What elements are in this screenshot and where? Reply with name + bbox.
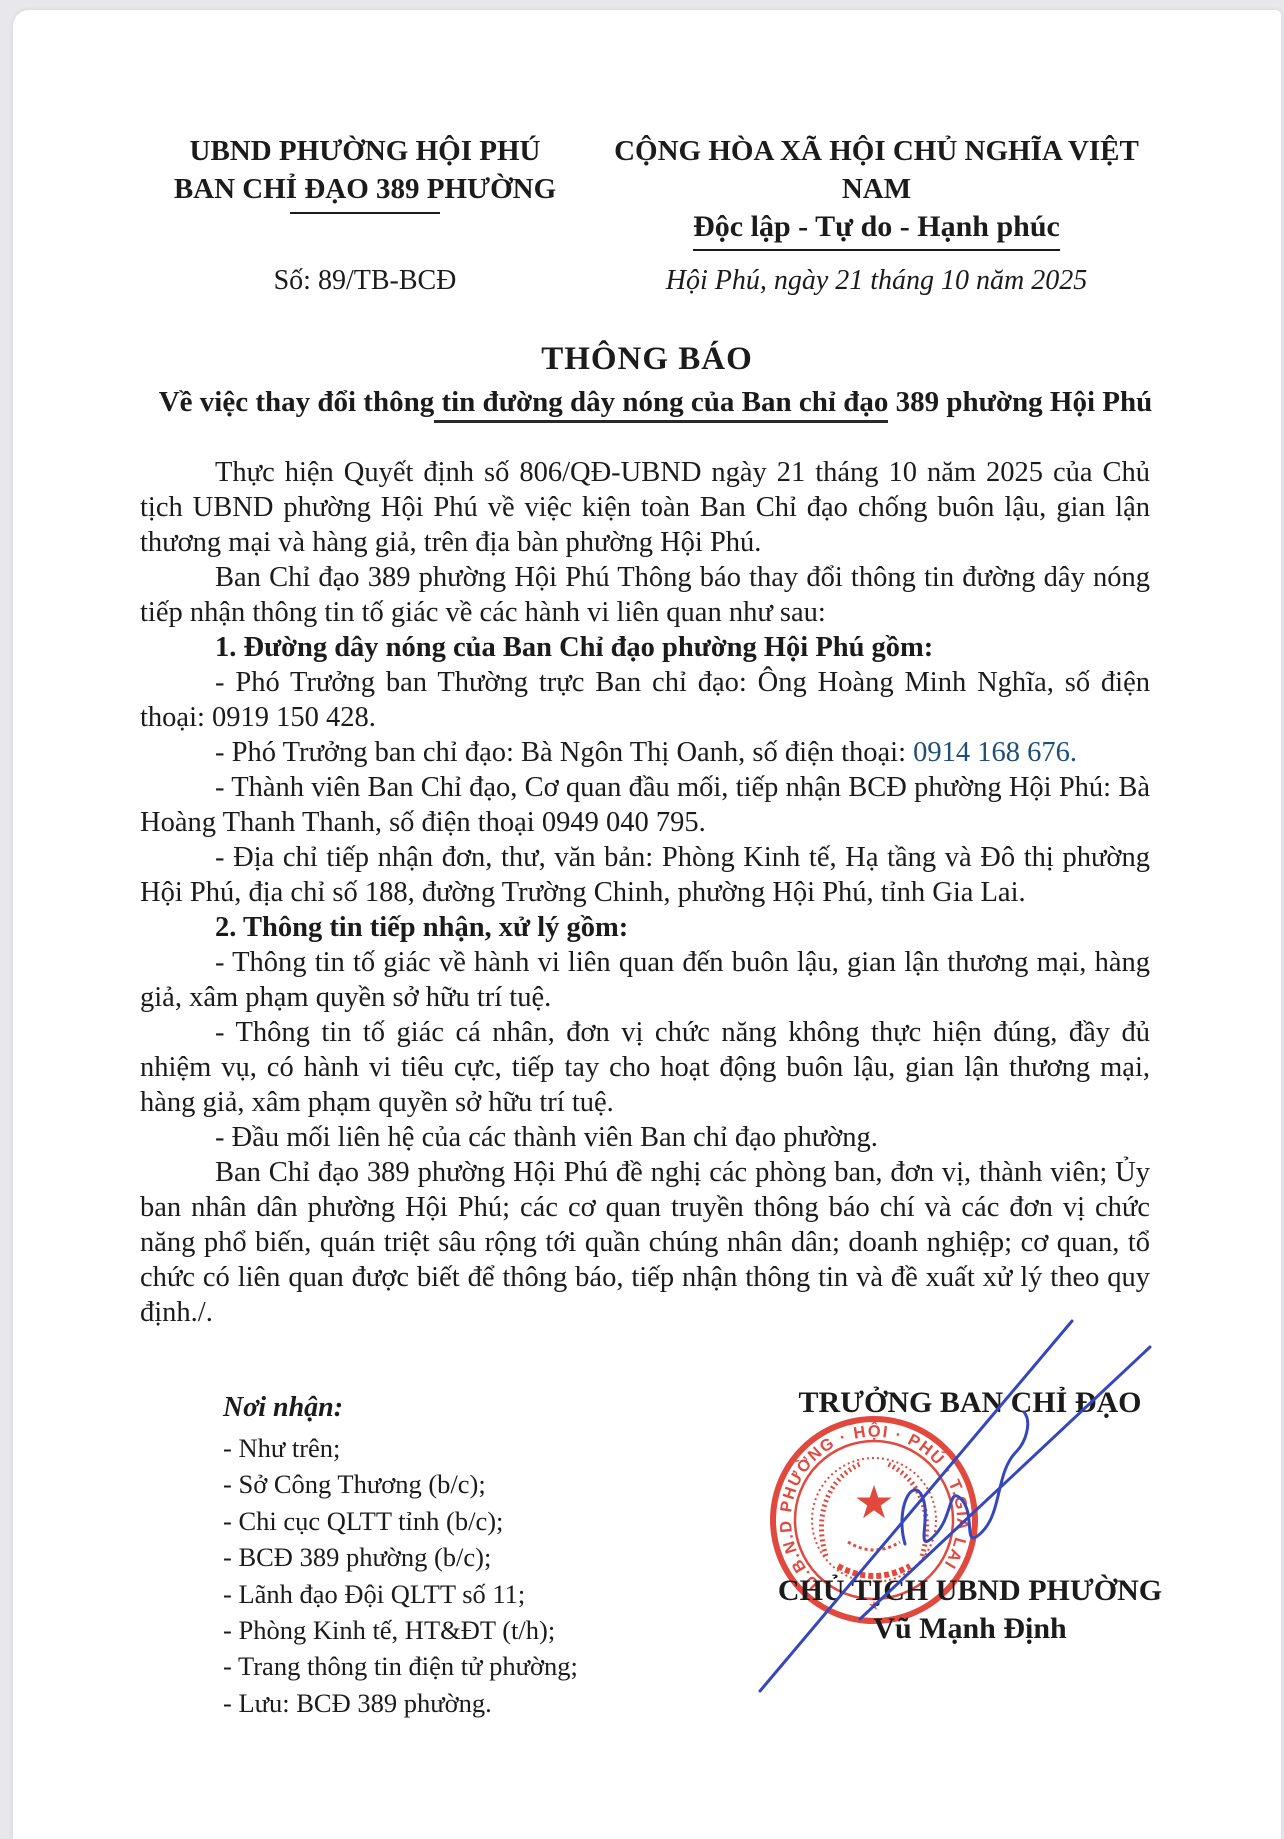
section-heading: 1. Đường dây nóng của Ban Chỉ đạo phường…	[140, 630, 1150, 665]
document-title: THÔNG BÁO	[13, 341, 1281, 378]
signer-role-bottom: CHỦ TỊCH UBND PHƯỜNG	[710, 1572, 1230, 1610]
recipients-list: - Như trên;- Sở Công Thương (b/c);- Chi …	[223, 1430, 578, 1721]
body-paragraph: - Thông tin tố giác về hành vi liên quan…	[140, 945, 1150, 1015]
document-sheet: UBND PHƯỜNG HỘI PHÚ BAN CHỈ ĐẠO 389 PHƯỜ…	[13, 10, 1281, 1839]
subtitle-post: 389 phường Hội Phú	[888, 386, 1152, 418]
body-paragraph: - Phó Trưởng ban Thường trực Ban chỉ đạo…	[140, 665, 1150, 735]
phone-number-link[interactable]: 0914 168 676.	[913, 737, 1077, 768]
org-name-line2: BAN CHỈ ĐẠO 389 PHƯỜNG	[140, 170, 590, 208]
subtitle-pre: Về việc thay đổi thông	[159, 386, 435, 418]
org-name-line1: UBND PHƯỜNG HỘI PHÚ	[140, 132, 590, 170]
body-paragraph: Thực hiện Quyết định số 806/QĐ-UBND ngày…	[140, 455, 1150, 560]
document-header: UBND PHƯỜNG HỘI PHÚ BAN CHỈ ĐẠO 389 PHƯỜ…	[13, 10, 1281, 251]
issuing-org-block: UBND PHƯỜNG HỘI PHÚ BAN CHỈ ĐẠO 389 PHƯỜ…	[140, 132, 590, 251]
signer-role-top: TRƯỞNG BAN CHỈ ĐẠO	[710, 1386, 1230, 1420]
recipient-item: - Sở Công Thương (b/c);	[223, 1466, 578, 1502]
recipient-item: - Trang thông tin điện tử phường;	[223, 1648, 578, 1684]
org-underline	[290, 212, 440, 214]
body-paragraph: - Phó Trưởng ban chỉ đạo: Bà Ngôn Thị Oa…	[140, 735, 1150, 770]
recipient-item: - Chi cục QLTT tỉnh (b/c);	[223, 1503, 578, 1539]
signer-name: Vũ Mạnh Định	[710, 1610, 1230, 1648]
signature-block: TRƯỞNG BAN CHỈ ĐẠO CHỦ TỊCH UBND PHƯỜNG …	[710, 1386, 1230, 1420]
country-name-line: CỘNG HÒA XÃ HỘI CHỦ NGHĨA VIỆT NAM	[590, 132, 1163, 208]
document-subtitle: Về việc thay đổi thông tin đường dây nón…	[140, 386, 1171, 419]
subtitle-underlined: tin đường dây nóng của Ban chỉ đạo	[434, 386, 888, 423]
document-body: Thực hiện Quyết định số 806/QĐ-UBND ngày…	[140, 455, 1150, 1330]
header-subrow: Số: 89/TB-BCĐ Hội Phú, ngày 21 tháng 10 …	[13, 251, 1281, 297]
body-paragraph: - Thông tin tố giác cá nhân, đơn vị chức…	[140, 1015, 1150, 1120]
recipient-item: - Lãnh đạo Đội QLTT số 11;	[223, 1576, 578, 1612]
svg-text:★: ★	[853, 1475, 894, 1529]
body-paragraph: - Thành viên Ban Chỉ đạo, Cơ quan đầu mố…	[140, 770, 1150, 840]
body-paragraph: Ban Chỉ đạo 389 phường Hội Phú đề nghị c…	[140, 1155, 1150, 1330]
recipients-title: Nơi nhận:	[223, 1392, 578, 1424]
document-number: Số: 89/TB-BCĐ	[140, 265, 590, 297]
recipient-item: - BCĐ 389 phường (b/c);	[223, 1539, 578, 1575]
recipients-block: Nơi nhận: - Như trên;- Sở Công Thương (b…	[223, 1392, 578, 1721]
national-motto-line: Độc lập - Tự do - Hạnh phúc	[693, 208, 1060, 251]
signer-names: CHỦ TỊCH UBND PHƯỜNG Vũ Mạnh Định	[710, 1572, 1230, 1648]
scanned-document-page: UBND PHƯỜNG HỘI PHÚ BAN CHỈ ĐẠO 389 PHƯỜ…	[0, 0, 1284, 1839]
place-date-line: Hội Phú, ngày 21 tháng 10 năm 2025	[590, 265, 1163, 297]
recipient-item: - Phòng Kinh tế, HT&ĐT (t/h);	[223, 1612, 578, 1648]
document-footer: Nơi nhận: - Như trên;- Sở Công Thương (b…	[13, 1386, 1281, 1806]
body-paragraph: - Địa chỉ tiếp nhận đơn, thư, văn bản: P…	[140, 840, 1150, 910]
national-heading-block: CỘNG HÒA XÃ HỘI CHỦ NGHĨA VIỆT NAM Độc l…	[590, 132, 1163, 251]
section-heading: 2. Thông tin tiếp nhận, xử lý gồm:	[140, 910, 1150, 945]
body-paragraph: - Đầu mối liên hệ của các thành viên Ban…	[140, 1120, 1150, 1155]
recipient-item: - Như trên;	[223, 1430, 578, 1466]
recipient-item: - Lưu: BCĐ 389 phường.	[223, 1685, 578, 1721]
body-paragraph: Ban Chỉ đạo 389 phường Hội Phú Thông báo…	[140, 560, 1150, 630]
